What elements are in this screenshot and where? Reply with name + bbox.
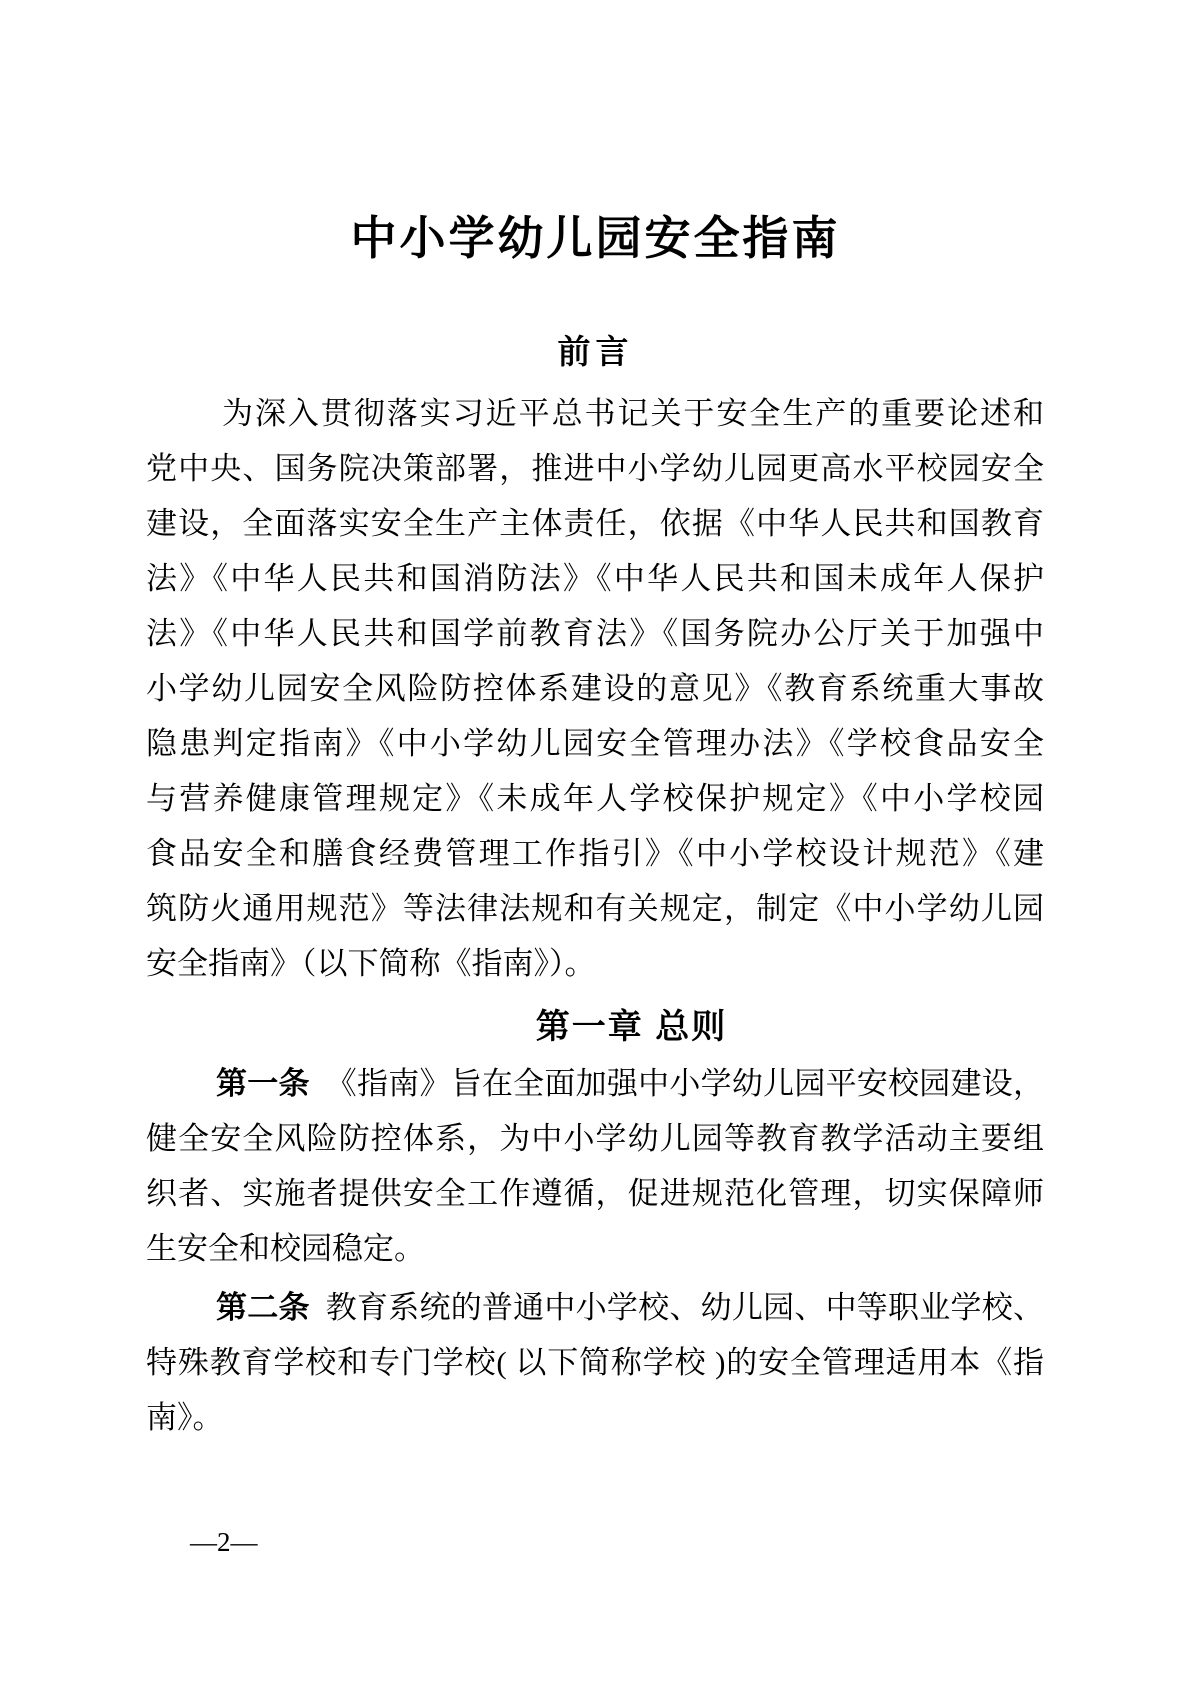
text-line: 第一条《指南》旨在全面加强中小学幼儿园平安校园建设， (146, 1056, 1044, 1111)
text-line: 特殊教育学校和专门学校( 以下简称学校 )的安全管理适用本《指 (146, 1335, 1044, 1390)
document-title: 中小学幼儿园安全指南 (0, 207, 1191, 271)
article-2-number: 第二条 (216, 1290, 310, 1325)
text-line: 第二条教育系统的普通中小学校、幼儿园、中等职业学校、 (146, 1280, 1044, 1335)
article-1-paragraph: 第一条《指南》旨在全面加强中小学幼儿园平安校园建设， 健全安全风险防控体系，为中… (146, 1056, 1044, 1276)
document-page: 中小学幼儿园安全指南 前言 为深入贯彻落实习近平总书记关于安全生产的重要论述和 … (0, 0, 1191, 1684)
text-line: 安全指南》（以下简称《指南》）。 (146, 936, 1044, 991)
text-line: 南》。 (146, 1390, 1044, 1445)
foreword-paragraph: 为深入贯彻落实习近平总书记关于安全生产的重要论述和 党中央、国务院决策部署，推进… (146, 386, 1044, 991)
text-line: 法》《中华人民共和国学前教育法》《国务院办公厅关于加强中 (146, 606, 1044, 661)
text-line: 织者、实施者提供安全工作遵循，促进规范化管理，切实保障师 (146, 1166, 1044, 1221)
text-line: 小学幼儿园安全风险防控体系建设的意见》《教育系统重大事故 (146, 661, 1044, 716)
text-line: 建设，全面落实安全生产主体责任，依据《中华人民共和国教育 (146, 496, 1044, 551)
text-line: 与营养健康管理规定》《未成年人学校保护规定》《中小学校园 (146, 771, 1044, 826)
text-line: 隐患判定指南》《中小学幼儿园安全管理办法》《学校食品安全 (146, 716, 1044, 771)
text-line: 筑防火通用规范》等法律法规和有关规定，制定《中小学幼儿园 (146, 881, 1044, 936)
text-line: 食品安全和膳食经费管理工作指引》《中小学校设计规范》《建 (146, 826, 1044, 881)
text-line: 为深入贯彻落实习近平总书记关于安全生产的重要论述和 (146, 386, 1044, 441)
foreword-heading: 前言 (0, 329, 1191, 375)
text-line: 党中央、国务院决策部署，推进中小学幼儿园更高水平校园安全 (146, 441, 1044, 496)
text-line: 健全安全风险防控体系，为中小学幼儿园等教育教学活动主要组 (146, 1111, 1044, 1166)
text-line: 生安全和校园稳定。 (146, 1221, 1044, 1276)
article-2-text: 教育系统的普通中小学校、幼儿园、中等职业学校、 (326, 1290, 1044, 1325)
page-number: —2— (190, 1524, 258, 1560)
article-2-paragraph: 第二条教育系统的普通中小学校、幼儿园、中等职业学校、 特殊教育学校和专门学校( … (146, 1280, 1044, 1445)
article-1-text: 《指南》旨在全面加强中小学幼儿园平安校园建设， (326, 1066, 1044, 1101)
text-line: 法》《中华人民共和国消防法》《中华人民共和国未成年人保护 (146, 551, 1044, 606)
article-1-number: 第一条 (216, 1066, 310, 1101)
chapter-heading: 第一章 总则 (36, 1006, 1191, 1048)
